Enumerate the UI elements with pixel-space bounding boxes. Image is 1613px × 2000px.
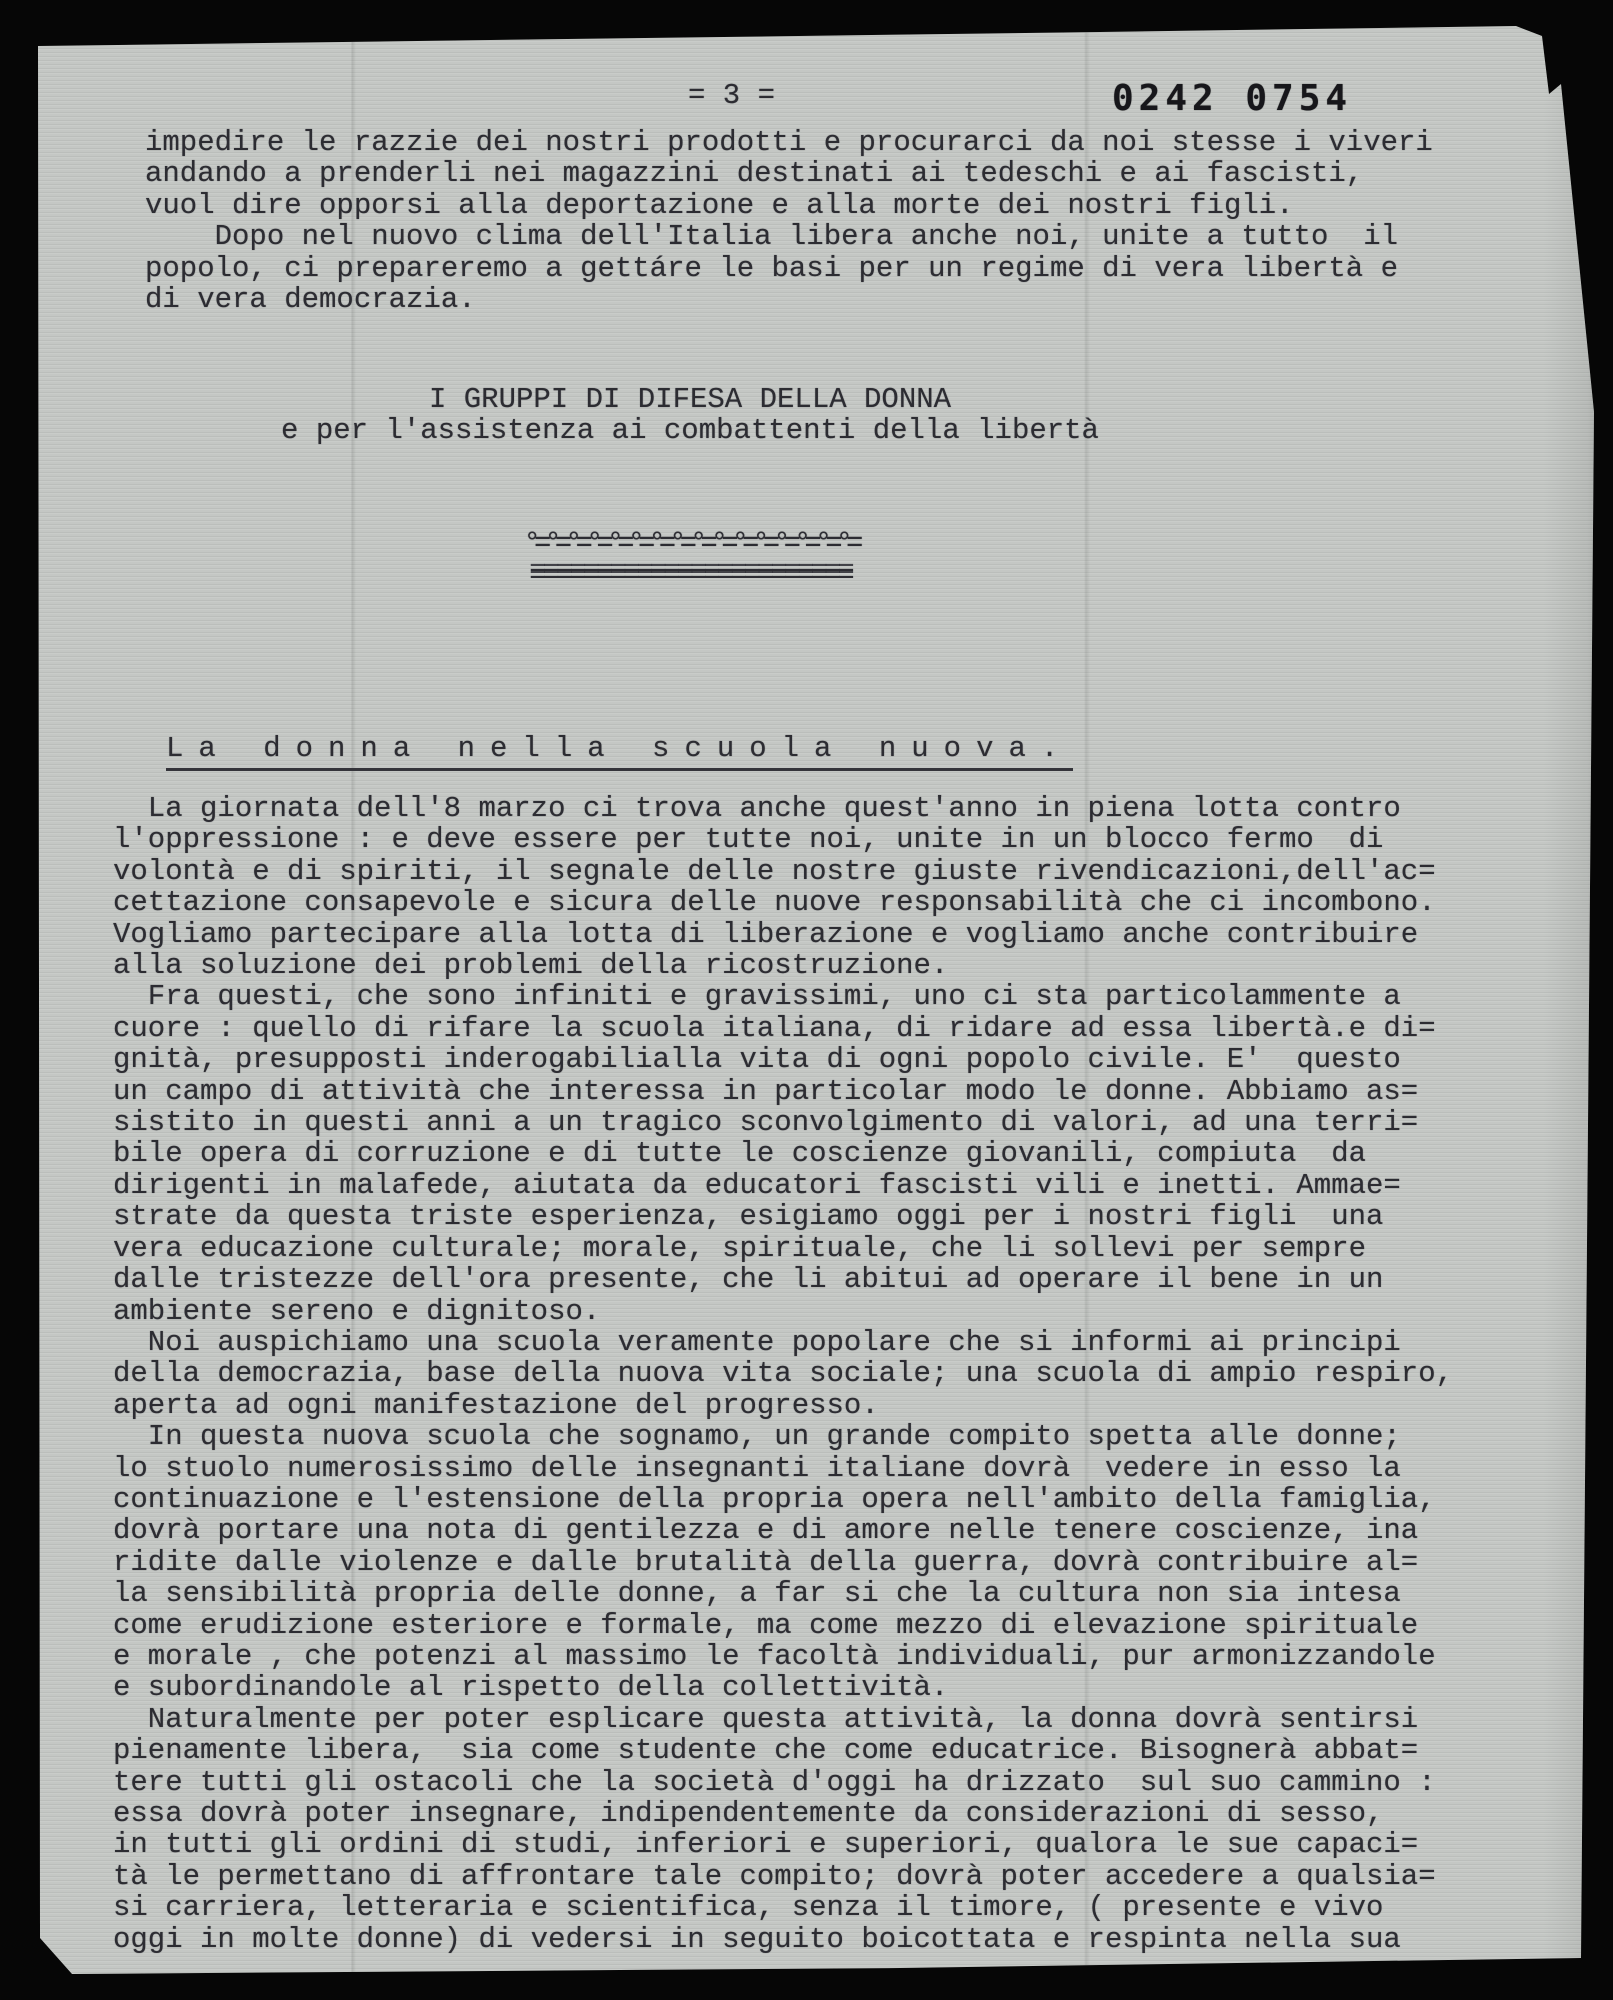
document-title: I GRUPPI DI DIFESA DELLA DONNA [140, 384, 1240, 415]
intro-paragraph: impedire le razzie dei nostri prodotti e… [145, 127, 1433, 315]
separator-block: °=°=°=°=°=°=°=°=°=°=°=°=°=°=°=°= =======… [140, 528, 1240, 592]
paragraph-2: Fra questi, che sono infiniti e gravissi… [113, 981, 1453, 1326]
document-heading-block: I GRUPPI DI DIFESA DELLA DONNA e per l'a… [140, 384, 1240, 447]
paragraph-1: La giornata dell'8 marzo ci trova anche … [113, 793, 1453, 981]
document-page: = 3 = 0242 0754 impedire le razzie dei n… [0, 0, 1613, 2000]
separator-rule: ======================== [140, 560, 1240, 591]
section-title: La donna nella scuola nuova. [166, 733, 1073, 771]
paragraph-3: Noi auspichiamo una scuola veramente pop… [113, 1327, 1453, 1421]
document-subtitle: e per l'assistenza ai combattenti della … [140, 415, 1240, 446]
paragraph-5: Naturalmente per poter esplicare questa … [113, 1704, 1453, 1955]
separator-ornament: °=°=°=°=°=°=°=°=°=°=°=°=°=°=°=°= [140, 528, 1240, 559]
page-number: = 3 = [688, 80, 775, 111]
paragraph-4: In questa nuova scuola che sognamo, un g… [113, 1421, 1453, 1704]
archive-stamp: 0242 0754 [1112, 78, 1352, 119]
scan-background: = 3 = 0242 0754 impedire le razzie dei n… [0, 0, 1613, 2000]
body-text: La giornata dell'8 marzo ci trova anche … [113, 793, 1453, 1955]
